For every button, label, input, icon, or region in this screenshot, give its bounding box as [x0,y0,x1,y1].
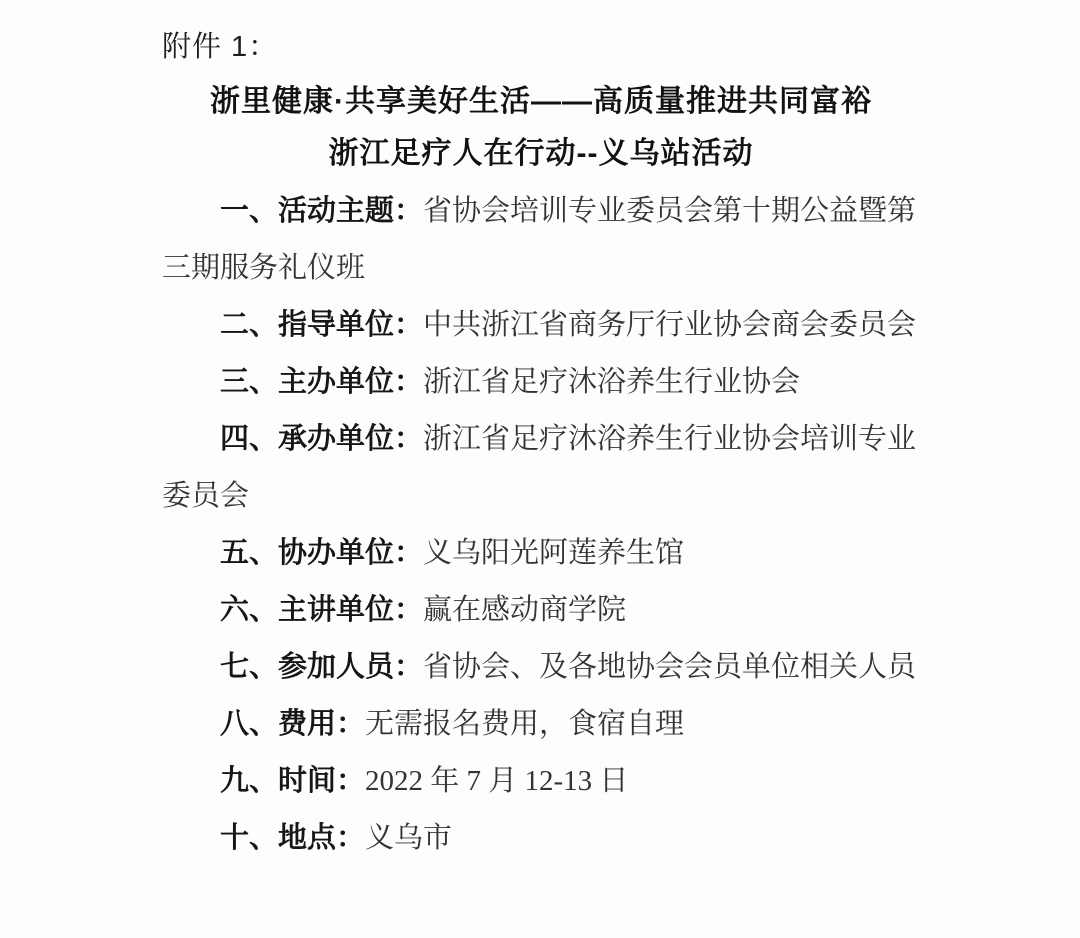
doc-item-location: 十、地点：义乌市 [162,810,920,867]
item-value: 浙江省足疗沐浴养生行业协会 [423,366,800,398]
document-page: 附件 1： 浙里健康·共享美好生活——高质量推进共同富裕 浙江足疗人在行动--义… [0,0,1080,938]
item-value: 省协会、及各地协会会员单位相关人员 [423,651,916,683]
item-value: 无需报名费用，食宿自理 [365,708,684,740]
item-label: 二、指导单位： [220,309,423,341]
document-title-line2: 浙江足疗人在行动--义乌站活动 [162,132,920,176]
document-title-line1: 浙里健康·共享美好生活——高质量推进共同富裕 [162,80,920,124]
doc-item-fee: 八、费用：无需报名费用，食宿自理 [162,696,920,753]
doc-item-participants: 七、参加人员：省协会、及各地协会会员单位相关人员 [162,639,920,696]
doc-item-host-unit: 三、主办单位：浙江省足疗沐浴养生行业协会 [162,354,920,411]
doc-item-guiding-unit: 二、指导单位：中共浙江省商务厅行业协会商会委员会 [162,297,920,354]
doc-item-organizer-unit: 四、承办单位：浙江省足疗沐浴养生行业协会培训专业委员会 [162,411,920,525]
item-label: 四、承办单位： [220,423,423,455]
item-value: 赢在感动商学院 [423,594,626,626]
item-value: 义乌市 [365,822,452,854]
item-label: 八、费用： [220,708,365,740]
item-label: 三、主办单位： [220,366,423,398]
item-value: 中共浙江省商务厅行业协会商会委员会 [423,309,916,341]
document-content: 附件 1： 浙里健康·共享美好生活——高质量推进共同富裕 浙江足疗人在行动--义… [0,0,1080,867]
item-label: 七、参加人员： [220,651,423,683]
attachment-label: 附件 1： [162,27,920,67]
item-label: 一、活动主题： [220,195,423,227]
item-value: 义乌阳光阿莲养生馆 [423,537,684,569]
item-label: 六、主讲单位： [220,594,423,626]
item-label: 十、地点： [220,822,365,854]
doc-item-activity-theme: 一、活动主题：省协会培训专业委员会第十期公益暨第三期服务礼仪班 [162,183,920,297]
item-label: 五、协办单位： [220,537,423,569]
item-label: 九、时间： [220,765,365,797]
item-value: 2022 年 7 月 12-13 日 [365,765,628,797]
doc-item-time: 九、时间：2022 年 7 月 12-13 日 [162,753,920,810]
doc-item-lecturer-unit: 六、主讲单位：赢在感动商学院 [162,582,920,639]
doc-item-co-organizer-unit: 五、协办单位：义乌阳光阿莲养生馆 [162,525,920,582]
item-list: 一、活动主题：省协会培训专业委员会第十期公益暨第三期服务礼仪班 二、指导单位：中… [162,183,920,867]
